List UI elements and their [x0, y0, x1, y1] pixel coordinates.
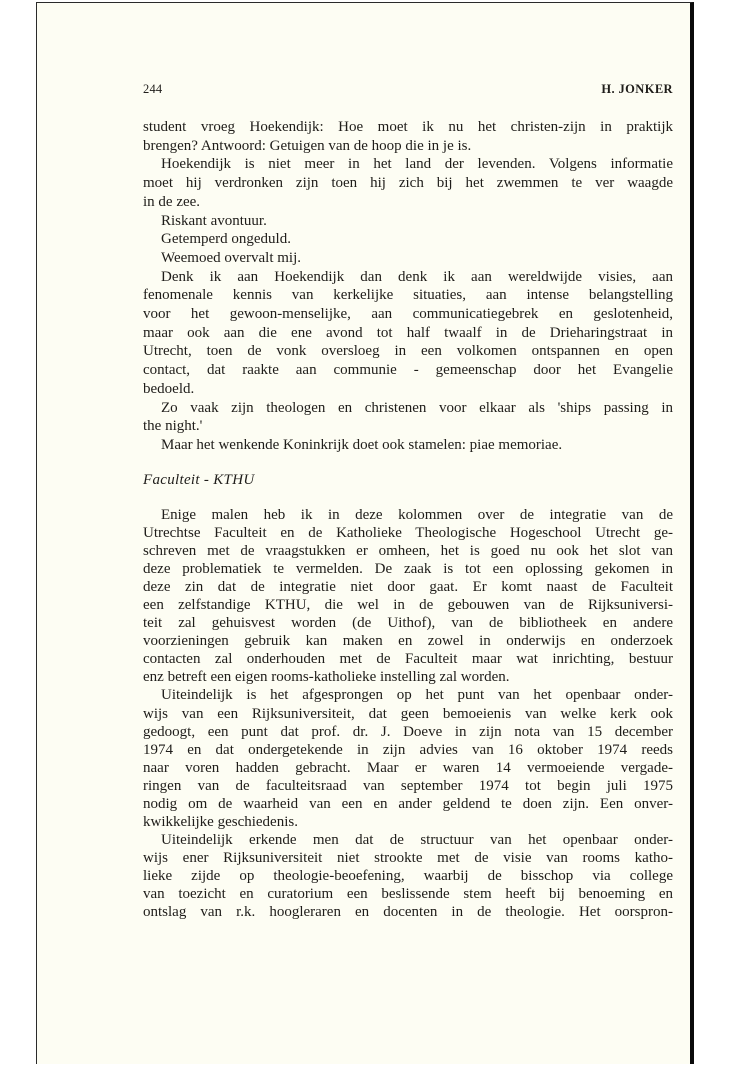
text-line: deze zin dat de integratie niet door gaa… [143, 578, 673, 596]
text-line: 1974 en dat ondergetekende in zijn advie… [143, 741, 673, 759]
text-line: maar ook aan die ene avond tot half twaa… [143, 324, 673, 343]
text-line: Weemoed overvalt mij. [143, 249, 673, 268]
text-line: wijs ener Rijksuniversiteit niet strookt… [143, 849, 673, 867]
text-line: naar voren hadden gebracht. Maar er ware… [143, 759, 673, 777]
section-heading: Faculteit - KTHU [143, 472, 254, 489]
running-head-author: H. JONKER [601, 82, 673, 97]
text-line: contact, dat raakte aan communie - gemee… [143, 361, 673, 380]
text-line: Getemperd ongeduld. [143, 230, 673, 249]
text-line: moet hij verdronken zijn toen hij zich b… [143, 174, 673, 193]
page-number: 244 [143, 82, 162, 97]
text-line: bedoeld. [143, 380, 673, 399]
text-line: Zo vaak zijn theologen en christenen voo… [143, 399, 673, 418]
text-line: kwikkelijke geschiedenis. [143, 813, 673, 831]
text-line: een zelfstandige KTHU, die wel in de geb… [143, 596, 673, 614]
text-line: the night.' [143, 417, 673, 436]
body-text-block-2: Enige malen heb ik in deze kolommen over… [143, 506, 673, 921]
text-line: contacten zal onderhouden met de Faculte… [143, 650, 673, 668]
text-line: Uiteindelijk erkende men dat de structuu… [143, 831, 673, 849]
text-line: fenomenale kennis van kerkelijke situati… [143, 286, 673, 305]
text-line: lieke zijde op theologie-beoefening, waa… [143, 867, 673, 885]
body-text-block-1: student vroeg Hoekendijk: Hoe moet ik nu… [143, 118, 673, 455]
text-line: teit zal gehuisvest worden (de Uithof), … [143, 614, 673, 632]
text-line: Utrechtse Faculteit en de Katholieke The… [143, 524, 673, 542]
text-line: Hoekendijk is niet meer in het land der … [143, 155, 673, 174]
text-line: Maar het wenkende Koninkrijk doet ook st… [143, 436, 673, 455]
text-line: deze problematiek te vermelden. De zaak … [143, 560, 673, 578]
text-line: Utrecht, toen de vonk oversloeg in een v… [143, 342, 673, 361]
text-line: Enige malen heb ik in deze kolommen over… [143, 506, 673, 524]
book-page: 244 H. JONKER student vroeg Hoekendijk: … [36, 2, 694, 1064]
text-line: Uiteindelijk is het afgesprongen op het … [143, 686, 673, 704]
text-line: voor het gewoon-menselijke, aan communic… [143, 305, 673, 324]
text-line: schreven met de vraagstukken er omheen, … [143, 542, 673, 560]
text-line: ontslag van r.k. hoogleraren en docenten… [143, 903, 673, 921]
text-line: nodig om de waarheid van een en ander ge… [143, 795, 673, 813]
text-line: voorzieningen gebruik kan maken en zowel… [143, 632, 673, 650]
text-line: ringen van de faculteitsraad van septemb… [143, 777, 673, 795]
text-line: brengen? Antwoord: Getuigen van de hoop … [143, 137, 673, 156]
text-line: van toezicht en curatorium een beslissen… [143, 885, 673, 903]
text-line: enz betreft een eigen rooms-katholieke i… [143, 668, 673, 686]
running-head: 244 H. JONKER [143, 82, 673, 100]
text-line: Riskant avontuur. [143, 212, 673, 231]
text-line: Denk ik aan Hoekendijk dan denk ik aan w… [143, 268, 673, 287]
text-line: gedoogt, een punt dat prof. dr. J. Doeve… [143, 723, 673, 741]
text-line: in de zee. [143, 193, 673, 212]
text-line: student vroeg Hoekendijk: Hoe moet ik nu… [143, 118, 673, 137]
text-line: wijs van een Rijksuniversiteit, dat geen… [143, 705, 673, 723]
